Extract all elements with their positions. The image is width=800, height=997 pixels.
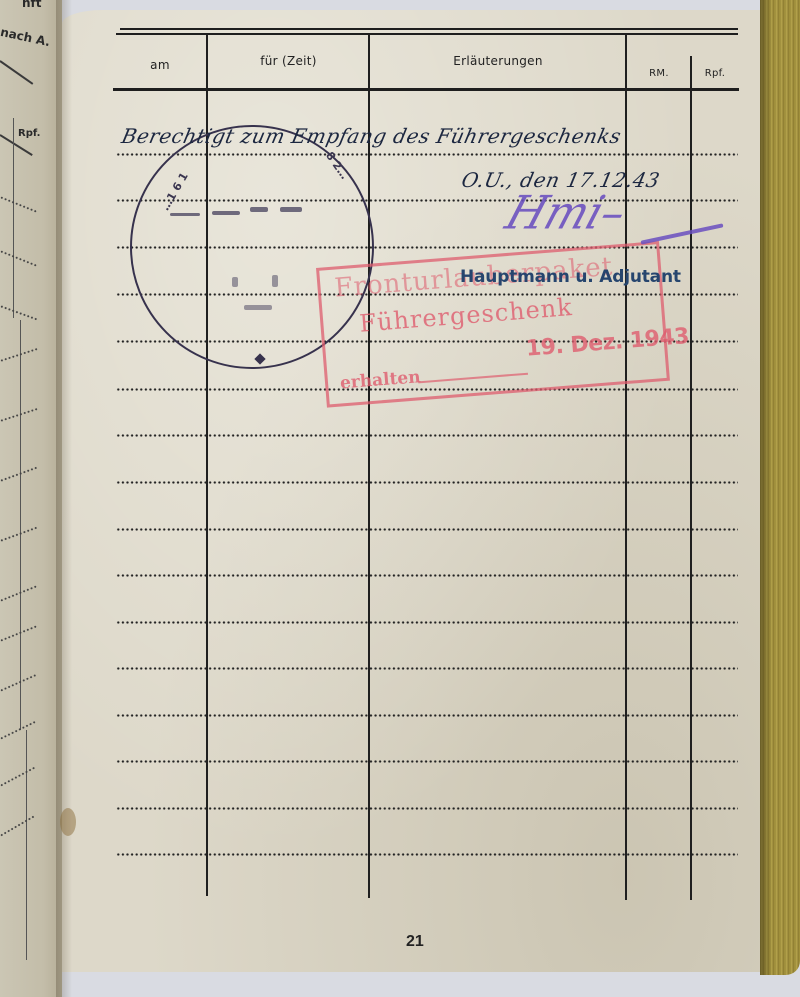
red-stamp-date: 19. Dez. 1943 xyxy=(525,324,690,362)
left-page-dotted-row xyxy=(0,526,38,542)
left-page-dotted-row xyxy=(0,815,35,837)
left-page-dotted-row xyxy=(0,674,37,692)
left-page-dotted-row xyxy=(0,305,38,321)
left-page-column-line xyxy=(20,320,21,730)
header-top-rule-inner xyxy=(116,33,738,35)
left-page-column-line xyxy=(13,118,14,318)
left-page-dotted-row xyxy=(0,466,38,482)
left-page-dotted-row xyxy=(0,250,37,267)
left-page-dotted-row xyxy=(0,196,37,213)
officer-signature: Hmi– xyxy=(499,187,633,241)
paper-stain xyxy=(60,808,76,836)
column-header-rpf: Rpf. xyxy=(692,68,738,79)
left-page-text-fragment: nach A. xyxy=(0,25,51,49)
table-row[interactable] xyxy=(116,528,738,531)
left-facing-page: nft nach A. Rpf. xyxy=(0,0,62,997)
table-row[interactable] xyxy=(116,621,738,624)
column-divider xyxy=(368,34,370,898)
document-photo: nft nach A. Rpf. am für (Zeit) Erläuteru… xyxy=(0,0,800,997)
column-header-am: am xyxy=(113,58,207,72)
round-stamp-faint-mark xyxy=(212,211,240,215)
handwritten-entry-line-1: Berechtigt zum Empfang des Führergeschen… xyxy=(119,124,623,148)
column-header-erlaeuterungen: Erläuterungen xyxy=(370,54,626,68)
left-page-column-header: Rpf. xyxy=(18,128,40,139)
left-page-text-fragment: nft xyxy=(22,0,42,10)
left-page-dotted-row xyxy=(0,625,37,642)
round-stamp-faint-mark xyxy=(280,207,302,212)
red-stamp-line-2: Führergeschenk xyxy=(358,293,573,338)
table-row[interactable] xyxy=(116,853,738,856)
left-page-rule xyxy=(0,60,33,85)
table-row[interactable] xyxy=(116,667,738,670)
column-divider xyxy=(690,56,692,900)
book-spine-shadow xyxy=(56,0,72,997)
rank-stamp: Hauptmann u. Adjutant xyxy=(460,267,681,287)
table-row[interactable] xyxy=(116,481,738,484)
cloth-binding-shadow xyxy=(760,0,772,975)
round-stamp-eagle-faint xyxy=(272,275,278,287)
column-header-rm: RM. xyxy=(627,68,691,79)
header-top-rule xyxy=(120,28,738,30)
column-header-fuer-zeit: für (Zeit) xyxy=(208,54,369,68)
table-row[interactable] xyxy=(116,714,738,717)
column-divider xyxy=(625,34,627,900)
round-stamp-eagle-faint xyxy=(232,277,238,287)
round-stamp-faint-mark xyxy=(250,207,268,212)
left-page-dotted-row xyxy=(0,721,36,740)
left-page-column-line xyxy=(26,730,27,960)
table-row[interactable] xyxy=(116,807,738,810)
table-row[interactable] xyxy=(116,760,738,763)
left-page-dotted-row xyxy=(0,766,36,787)
red-fronturlauberpaket-stamp: Fronturlauberpaket Führergeschenk erhalt… xyxy=(316,241,670,408)
table-row[interactable] xyxy=(116,574,738,577)
round-stamp-faint-mark xyxy=(170,213,200,216)
table-row[interactable] xyxy=(116,434,738,437)
round-stamp-ring-text: …1 6 1 xyxy=(159,170,191,213)
red-stamp-received-label: erhalten xyxy=(339,367,421,393)
page-number: 21 xyxy=(406,933,424,951)
left-page-dotted-row xyxy=(0,585,37,602)
round-stamp-eagle-faint xyxy=(244,305,272,310)
red-stamp-underline xyxy=(418,373,528,384)
round-stamp-diamond-icon xyxy=(254,353,265,364)
